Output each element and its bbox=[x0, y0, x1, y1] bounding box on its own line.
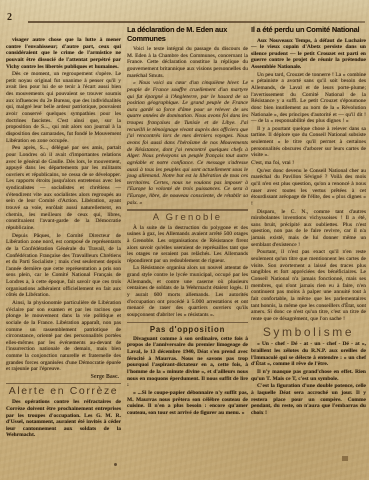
article-paragraph: Qu'est donc devenu le Conseil National c… bbox=[251, 168, 366, 208]
article-paragraph: Aux Nouveaux Temps, à défaut de Luchaire… bbox=[251, 38, 366, 71]
top-rule bbox=[28, 21, 365, 23]
newspaper-page: 2 visager autre chose que la lutte à men… bbox=[0, 0, 369, 480]
article-paragraph: Il n'y manque pas grand'chose en effet. … bbox=[251, 369, 366, 382]
column-left: visager autre chose que la lutte à mener… bbox=[6, 37, 121, 440]
author-signature: Serge Basc. bbox=[6, 374, 119, 380]
article-paragraph: Ainsi, la physionomie particulière de Li… bbox=[6, 300, 121, 373]
article-paragraph: C'est la figuration d'une double potence… bbox=[251, 383, 366, 416]
section-rule bbox=[127, 322, 248, 323]
section-rule bbox=[127, 209, 248, 210]
footnote-mark bbox=[114, 463, 117, 466]
article-paragraph: Dès ce moment, un regroupement s'opère. … bbox=[6, 71, 121, 144]
article-paragraph: Pourtant, il n'est pas exact qu'il n'en … bbox=[251, 249, 366, 322]
section-title-pas-d-opposition: Pas d'opposition bbox=[127, 325, 248, 334]
section-rule bbox=[6, 383, 121, 384]
headline-comite-national: Il a été perdu un Comité National bbox=[251, 26, 366, 35]
article-paragraph: Voici le texte intégral du passage du di… bbox=[127, 46, 248, 79]
eden-quote-paragraph: « Nous voici au cœur d'un cinquième hive… bbox=[127, 80, 248, 206]
headline-eden-declaration: La déclaration de M. Eden aux Communes bbox=[127, 26, 248, 43]
article-paragraph: « ...Si le coupe-papier débonnaire n'y s… bbox=[127, 390, 248, 417]
article-paragraph: Peu après, S..., délégué par ses amis, p… bbox=[6, 145, 121, 231]
article-paragraph: Disparu, le C. N., comme tant d'autres m… bbox=[251, 209, 366, 249]
ink-blot bbox=[342, 456, 348, 461]
article-paragraph: Des opérations contre les réfractaires d… bbox=[6, 399, 121, 439]
page-number: 2 bbox=[7, 12, 12, 23]
article-paragraph: La Résistance organisa alors un nouvel a… bbox=[127, 265, 248, 318]
section-title-a-grenoble: A Grenoble bbox=[127, 212, 248, 223]
article-paragraph: Un peu tard, Crouzet de tonnerre ! La « … bbox=[251, 72, 366, 125]
article-paragraph: C'est, ma foi, vrai ! bbox=[251, 160, 366, 167]
article-paragraph: Divaguant comme à son ordinaire, cette f… bbox=[127, 336, 248, 389]
article-paragraph: visager autre chose que la lutte à mener… bbox=[6, 37, 121, 70]
column-middle: La déclaration de M. Eden aux Communes V… bbox=[127, 26, 248, 417]
article-paragraph: Depuis Pâques, le Comité Directeur de Li… bbox=[6, 233, 121, 299]
article-paragraph: Il y a pourtant quelque chose à relever … bbox=[251, 126, 366, 159]
article-paragraph: « Un - chef - Dé - at - un - chef - Dé -… bbox=[251, 341, 366, 368]
column-right: Il a été perdu un Comité National Aux No… bbox=[251, 26, 366, 417]
article-paragraph: À la suite de la destruction du polygone… bbox=[127, 225, 248, 265]
section-title-alerte-en-correze: Alerte en Corrèze bbox=[6, 385, 121, 397]
section-title-symbolisme: Symbolisme bbox=[251, 325, 366, 339]
